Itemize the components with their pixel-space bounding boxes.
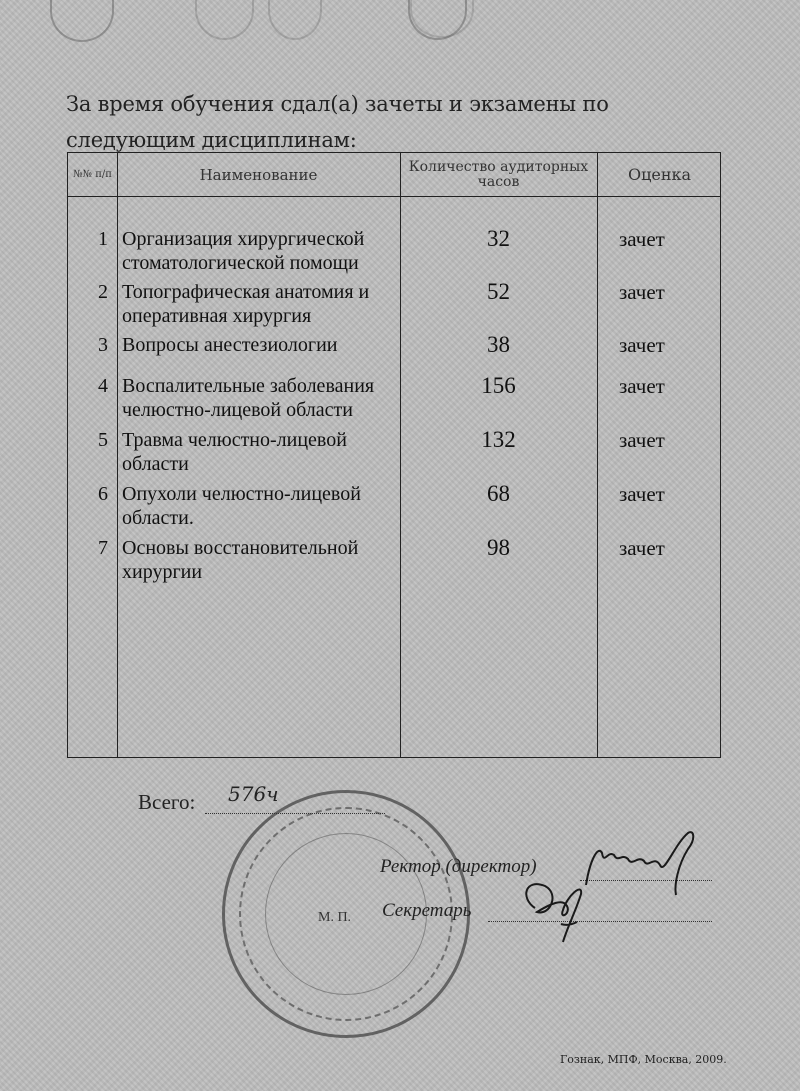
row-name: Основы восстановительной хирургии (122, 536, 402, 584)
row-name: Травма челюстно-лицевой области (122, 428, 402, 476)
secretary-signature-icon (515, 868, 595, 948)
header-divider (68, 196, 720, 197)
row-hours: 32 (400, 227, 597, 251)
row-grade: зачет (619, 227, 729, 251)
header-name: Наименование (117, 153, 400, 196)
decorative-arc (268, 0, 322, 40)
row-hours: 132 (400, 428, 597, 452)
total-label: Всего: (138, 790, 195, 815)
row-number: 3 (68, 333, 108, 357)
row-hours: 156 (400, 374, 597, 398)
row-number: 4 (68, 374, 108, 398)
printer-footer: Гознак, МПФ, Москва, 2009. (560, 1053, 727, 1066)
seal-place-label: М. П. (318, 910, 351, 926)
row-name: Организация хирургической стоматологичес… (122, 227, 402, 275)
row-number: 7 (68, 536, 108, 560)
row-name: Опухоли челюстно-лицевой области. (122, 482, 402, 530)
row-hours: 98 (400, 536, 597, 560)
row-hours: 38 (400, 333, 597, 357)
row-hours: 52 (400, 280, 597, 304)
total-value: 576ч (228, 782, 279, 806)
column-divider (117, 153, 118, 757)
row-number: 6 (68, 482, 108, 506)
row-number: 1 (68, 227, 108, 251)
row-number: 2 (68, 280, 108, 304)
column-divider (597, 153, 598, 757)
header-grade: Оценка (597, 153, 722, 196)
decorative-arc (50, 0, 114, 42)
row-grade: зачет (619, 482, 729, 506)
row-number: 5 (68, 428, 108, 452)
intro-text: За время обучения сдал(а) зачеты и экзам… (66, 86, 726, 158)
row-grade: зачет (619, 428, 729, 452)
rector-signature-icon (578, 825, 708, 900)
row-grade: зачет (619, 280, 729, 304)
row-grade: зачет (619, 374, 729, 398)
row-hours: 68 (400, 482, 597, 506)
disciplines-table: №№ п/п Наименование Количество аудиторны… (67, 152, 721, 758)
header-number: №№ п/п (68, 153, 117, 196)
row-name: Топографическая анатомия и оперативная х… (122, 280, 402, 328)
rector-label: Ректор (директор) (380, 856, 537, 878)
header-hours: Количество аудиторных часов (400, 153, 597, 196)
row-grade: зачет (619, 536, 729, 560)
decorative-arc (195, 0, 254, 40)
row-name: Вопросы анестезиологии (122, 333, 402, 357)
secretary-label: Секретарь (382, 900, 471, 922)
row-name: Воспалительные заболевания челюстно-лице… (122, 374, 402, 422)
row-grade: зачет (619, 333, 729, 357)
